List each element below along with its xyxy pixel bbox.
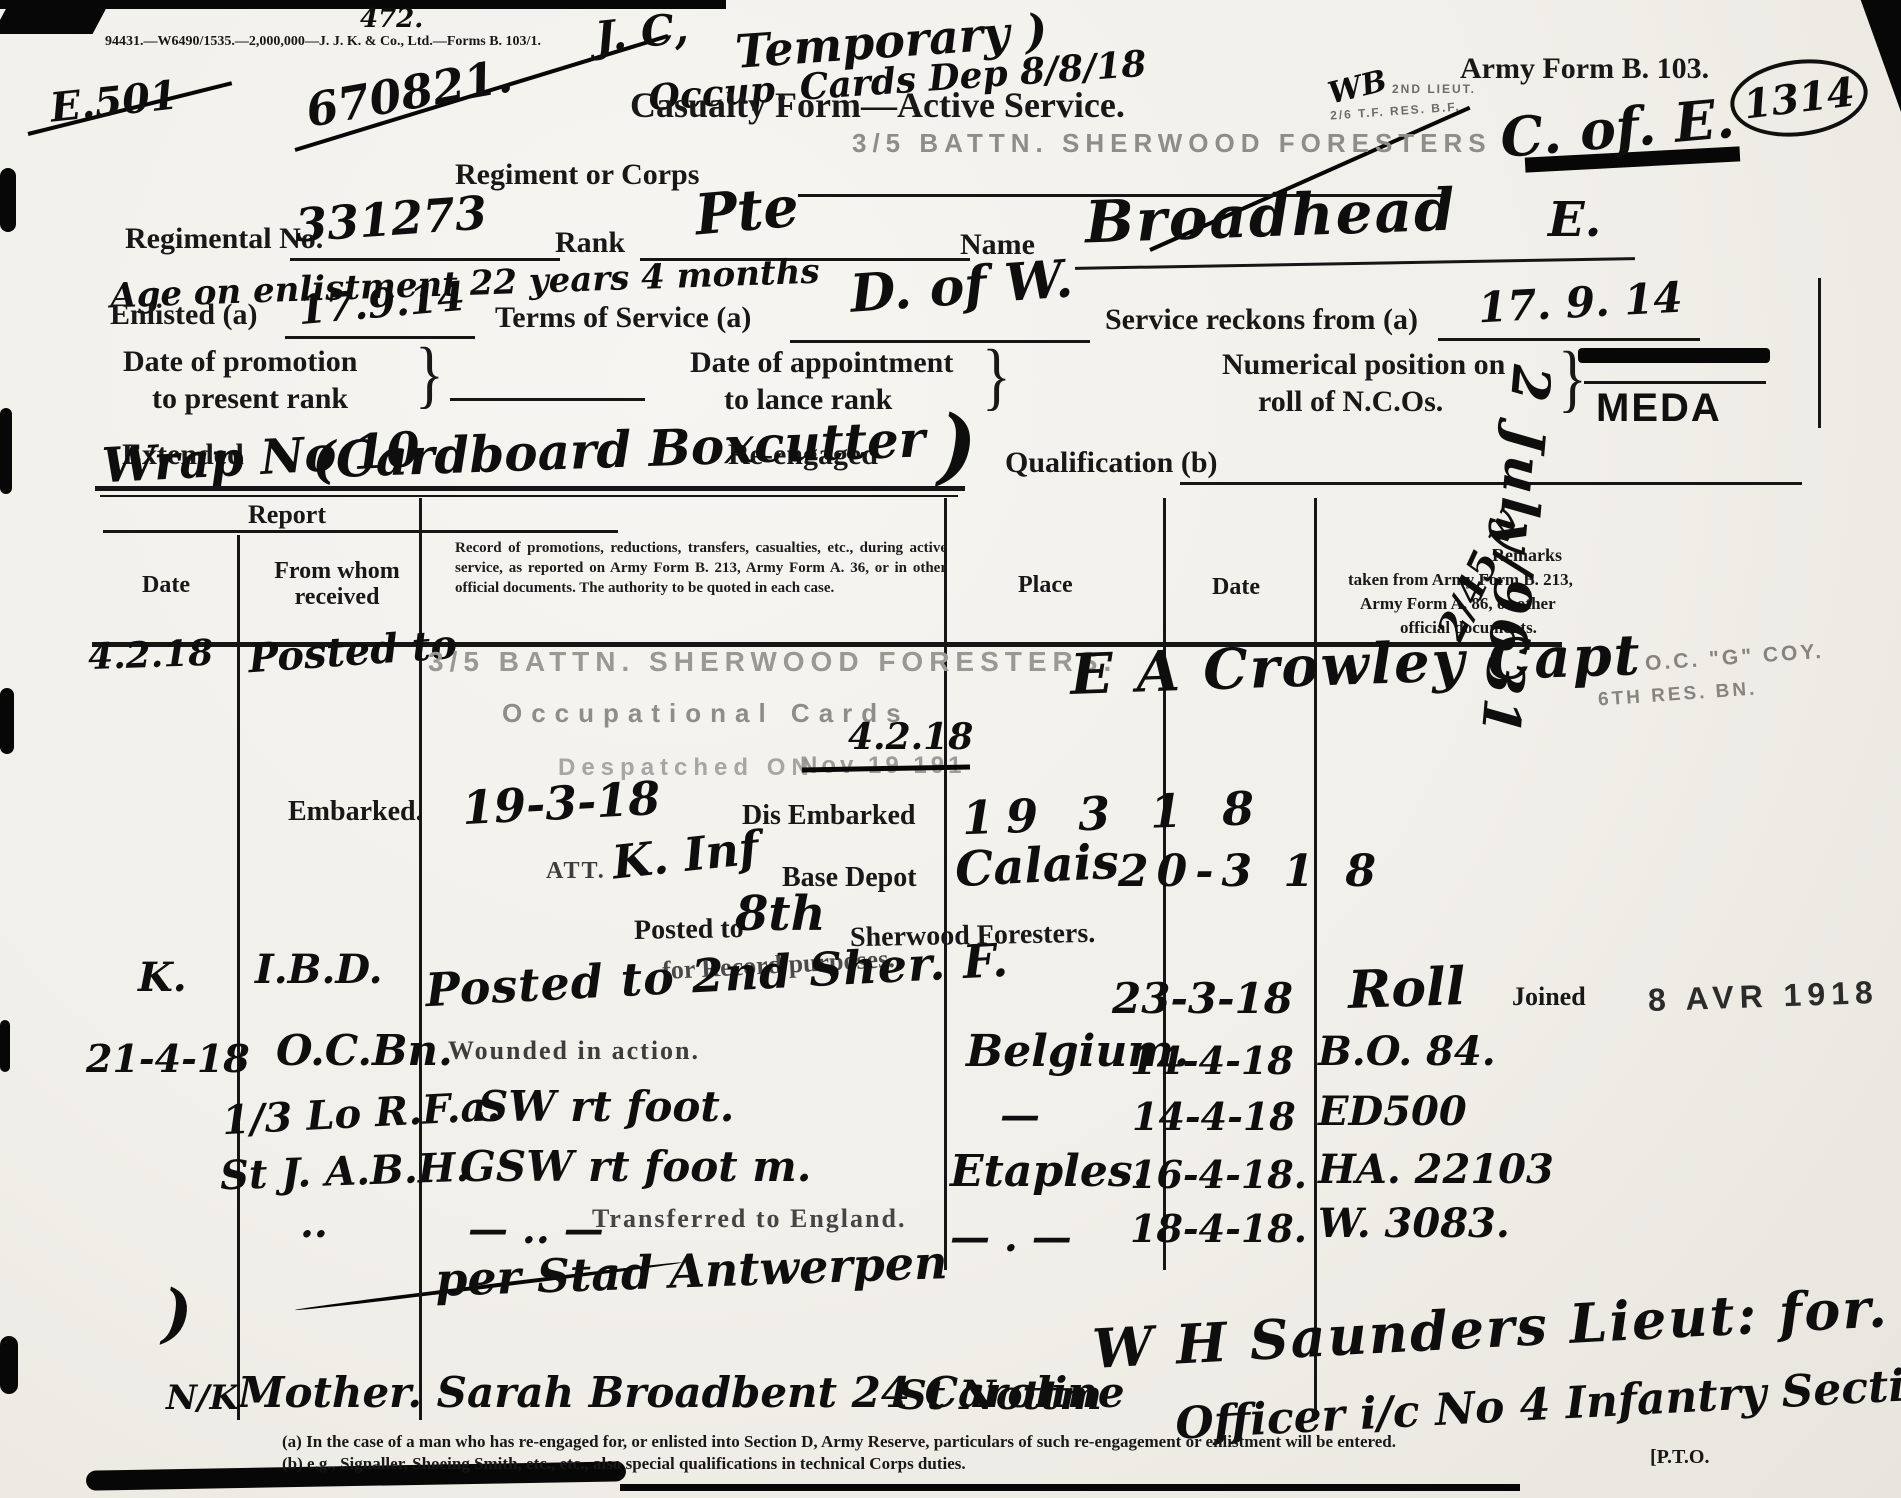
rank-label: Rank bbox=[555, 226, 625, 260]
table-vline bbox=[944, 498, 947, 1270]
wounded-col-date: 14-4-18 bbox=[1130, 1038, 1294, 1083]
rule-line bbox=[95, 486, 965, 491]
place-ditto: — bbox=[1000, 1092, 1040, 1139]
posted-unit-number: 8th bbox=[735, 886, 825, 942]
reckons-date: 17. 9. 14 bbox=[1477, 273, 1684, 333]
gsw-foot-text: GSW rt foot m. bbox=[460, 1142, 811, 1191]
printer-imprint: 94431.—W6490/1535.—2,000,000—J. J. K. & … bbox=[105, 34, 541, 50]
posted-2nd-date: 23-3-18 bbox=[1112, 974, 1293, 1023]
entry-date: 4.2.18 bbox=[87, 632, 214, 678]
regimental-no-label: Regimental No. bbox=[125, 222, 323, 256]
oc-coy-stamp: O.C. "G" COY. bbox=[1644, 640, 1824, 676]
etaples-place: Etaples. bbox=[950, 1146, 1148, 1197]
footnote-a: (a) In the case of a man who has re-enga… bbox=[282, 1432, 1396, 1452]
rule-line bbox=[790, 340, 1090, 343]
casualty-form-scan: 94431.—W6490/1535.—2,000,000—J. J. K. & … bbox=[0, 0, 1901, 1498]
hw-initials-jc: J. C, bbox=[593, 3, 691, 61]
reckons-label: Service reckons from (a) bbox=[1105, 303, 1418, 337]
hw-reference-e501: E.501 bbox=[48, 71, 180, 131]
name-value: Broadhead bbox=[1084, 176, 1458, 257]
enlisted-label: Enlisted (a) bbox=[110, 298, 258, 332]
base-depot-date: 20-3 1 8 bbox=[1118, 846, 1384, 897]
scan-artifact bbox=[0, 1020, 10, 1072]
table-vline bbox=[237, 535, 240, 1420]
name-initial: E. bbox=[1548, 192, 1601, 248]
col-place-header: Place bbox=[1018, 572, 1073, 599]
scan-artifact bbox=[0, 1336, 18, 1394]
disembarked-label: Dis Embarked bbox=[742, 800, 915, 832]
hw-serial-number: 670821. bbox=[302, 48, 516, 137]
abh-from: St J. A.B.H. bbox=[219, 1144, 470, 1200]
rule-line bbox=[1818, 278, 1821, 428]
medal-stamp: MEDA bbox=[1596, 386, 1722, 431]
wounded-text: Wounded in action. bbox=[448, 1036, 700, 1066]
ditto-from: .. bbox=[300, 1200, 328, 1247]
rule-line bbox=[450, 398, 645, 401]
rank-value: Pte bbox=[692, 174, 801, 249]
report-header: Report bbox=[248, 500, 326, 530]
form-number: Army Form B. 103. bbox=[1460, 52, 1709, 86]
entry-from: Posted to bbox=[247, 621, 459, 682]
qualification-label: Qualification (b) bbox=[1005, 446, 1218, 480]
terms-label: Terms of Service (a) bbox=[495, 301, 751, 335]
ink-scribble bbox=[1578, 348, 1770, 363]
rfa-ref: ED500 bbox=[1318, 1088, 1467, 1135]
lieut-signature-1: W H Saunders Lieut: for. bbox=[1091, 1275, 1890, 1381]
regiment-label: Regiment or Corps bbox=[455, 158, 699, 192]
embarked-date: 19-3-18 bbox=[461, 771, 662, 835]
transferred-text: Transferred to England. bbox=[592, 1204, 906, 1234]
regimental-no-value: 331273 bbox=[293, 185, 488, 252]
wounded-from: O.C.Bn. bbox=[276, 1026, 453, 1075]
entry-from-ibd: I.B.D. bbox=[255, 946, 383, 993]
hw-note-472: 472. bbox=[360, 4, 423, 34]
wounded-ref: B.O. 84. bbox=[1318, 1028, 1496, 1075]
col-fromwhom-header: From whom received bbox=[262, 558, 412, 610]
promotion-label-2: to present rank bbox=[152, 382, 348, 416]
scan-artifact bbox=[0, 168, 16, 232]
battalion-stamp: 3/5 BATTN. SHERWOOD FORESTERS. bbox=[428, 646, 1117, 678]
rule-line bbox=[1584, 381, 1766, 384]
col-date2-header: Date bbox=[1212, 574, 1260, 601]
circled-number-value: 1314 bbox=[1741, 68, 1857, 128]
rule-line bbox=[1075, 257, 1635, 270]
rfa-date: 14-4-18 bbox=[1132, 1094, 1296, 1139]
posted-to-label: Posted to bbox=[634, 913, 744, 947]
rule-line bbox=[100, 495, 958, 497]
hw-trade-qualification: (Cardboard Boxcutter bbox=[311, 409, 926, 489]
joined-label: Joined bbox=[1512, 982, 1586, 1012]
abh-date: 16-4-18. bbox=[1130, 1152, 1307, 1197]
rule-line bbox=[285, 336, 475, 339]
footnote-b: (b) e.g., Signaller, Shoeing Smith, etc.… bbox=[282, 1454, 966, 1474]
embarked-label: Embarked. bbox=[288, 796, 423, 828]
numerical-label-1: Numerical position on bbox=[1222, 348, 1505, 382]
promotion-label-1: Date of promotion bbox=[123, 345, 357, 379]
regiment-stamp: 3/5 BATTN. SHERWOOD FORESTERS bbox=[852, 128, 1492, 159]
scan-artifact bbox=[620, 1484, 1520, 1491]
captain-signature: E A Crowley Capt bbox=[1069, 622, 1643, 708]
att-value: K. Inf bbox=[610, 820, 762, 889]
nok-entry-2: St Nottm bbox=[898, 1372, 1102, 1419]
appointment-label-1: Date of appointment bbox=[690, 346, 953, 380]
nok-prefix: N/K bbox=[166, 1378, 239, 1418]
form-title: Casualty Form—Active Service. bbox=[630, 84, 1125, 126]
hw-bracket-mark: ) bbox=[162, 1276, 192, 1351]
place-dashes: — . — bbox=[950, 1214, 1072, 1261]
transfer-date: 18-4-18. bbox=[1130, 1206, 1307, 1251]
brace: } bbox=[415, 331, 444, 417]
brace: } bbox=[982, 333, 1011, 419]
joined-date-stamp: 8 AVR 1918 bbox=[1647, 974, 1879, 1019]
rule-line bbox=[103, 530, 618, 533]
roll-entry: Roll bbox=[1347, 956, 1466, 1021]
lieut-stamp: 2ND LIEUT. bbox=[1392, 82, 1476, 96]
entry-date-k: K. bbox=[138, 954, 187, 1001]
hw-closing-paren: ) bbox=[938, 398, 977, 494]
col-record-header: Record of promotions, reductions, transf… bbox=[455, 538, 947, 598]
wounded-date: 21-4-18 bbox=[86, 1036, 250, 1081]
rule-line bbox=[290, 258, 560, 261]
transfer-ref: W. 3083. bbox=[1318, 1200, 1510, 1247]
scan-artifact bbox=[0, 408, 12, 494]
rfa-from: 1/3 Lo R.F.a. bbox=[221, 1083, 501, 1144]
ditto-dashes: — .. — bbox=[468, 1206, 604, 1253]
numerical-label-2: roll of N.C.Os. bbox=[1258, 385, 1443, 419]
abh-ref: HA. 22103 bbox=[1318, 1146, 1554, 1193]
pto-label: [P.T.O. bbox=[1650, 1446, 1709, 1469]
base-depot-place: Calais bbox=[954, 834, 1121, 899]
att-label: ATT. bbox=[546, 858, 606, 885]
circled-number: 1314 bbox=[1726, 52, 1872, 144]
scan-artifact bbox=[0, 6, 107, 34]
col-date-header: Date bbox=[142, 572, 190, 599]
sw-foot-text: SW rt foot. bbox=[478, 1082, 734, 1131]
scan-artifact bbox=[0, 688, 14, 754]
